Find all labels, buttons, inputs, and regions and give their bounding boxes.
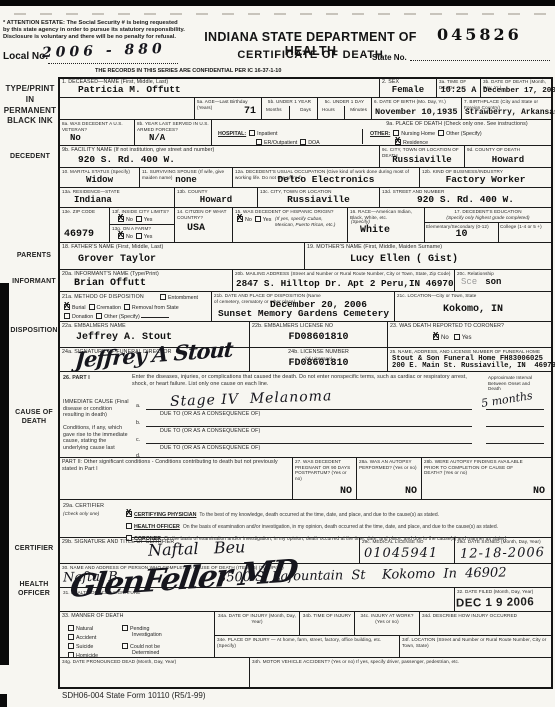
option-label: Investigation [132, 632, 162, 638]
field-disposition-location: 21c. LOCATION—City or Town, State Kokomo… [395, 292, 551, 321]
option-label: Yes [144, 234, 153, 240]
value: son [485, 277, 501, 287]
checkbox-other [96, 313, 102, 319]
options: XNo Yes [118, 216, 152, 223]
field-surviving-spouse: 11. SURVIVING SPOUSE (If wife, give maid… [140, 168, 233, 187]
field-reported-to-coroner: 23. WAS DEATH REPORTED TO CORONER? XNo Y… [388, 322, 551, 347]
field-injury-at-work: 34c. INJURY AT WORK? (Yes or no) [355, 612, 420, 635]
field-race: 16. RACE—American Indian, Black, White, … [348, 208, 425, 242]
label: 29d. DATE SIGNED (Month, Day, Year) [457, 539, 549, 545]
value: 2847 S. Hilltop Dr. Apt 2 Peru,IN 46970 [236, 278, 454, 289]
field-veteran: 8a. WAS DECEDENT A U.S. VETERAN? No [60, 120, 135, 145]
form-row: 13e. ZIP CODE 46979 13f. INSIDE CITY LIM… [60, 208, 551, 243]
value: Patricia M. Offutt [78, 84, 181, 95]
field-residence-state: 13a. RESIDENCE—STATE Indiana [60, 188, 175, 207]
line-letter: b. [136, 420, 141, 427]
value: Kokomo, IN [395, 304, 551, 315]
checkbox-cremation [89, 304, 95, 310]
field-manner-of-death: 33. MANNER OF DEATH Natural Accident Sui… [60, 612, 215, 657]
checkbox-other-specify [438, 130, 444, 136]
form-row: 18. FATHER'S NAME (First, Middle, Last) … [60, 243, 551, 270]
field-residence-street: 13d. STREET AND NUMBER 920 S. Rd. 400 W. [380, 188, 551, 207]
label: PART II: Other significant conditions - … [62, 459, 290, 472]
option-label: Accident [76, 635, 96, 641]
sidebar-parents: PARENTS [10, 251, 58, 260]
sidebar-certifier: CERTIFIER [10, 544, 58, 553]
injury-section: 34a. DATE OF INJURY (Month, Day, Year) 3… [215, 612, 551, 657]
field-place-of-death: 9a. PLACE OF DEATH (Check only one. See … [212, 120, 551, 145]
field-zip-code: 13e. ZIP CODE 46979 [60, 208, 110, 242]
checkbox-mark: X [433, 332, 438, 341]
value: Russiaville [380, 155, 464, 165]
instructions: Enter the diseases, injuries, or complic… [132, 374, 476, 387]
option-entombment: Entombment [160, 294, 198, 301]
label: 9d. COUNTY OF DEATH [467, 147, 549, 153]
field-date-pronounced-dead: 34g. DATE PRONOUNCED DEAD (Month, Day, Y… [60, 658, 250, 688]
option-label: No [126, 217, 133, 223]
residence-option: XResidence [395, 139, 428, 146]
form-row: 20a. INFORMANT'S NAME (Type/Print) Brian… [60, 270, 551, 292]
field-year-last-served: 8b. YEAR LAST SERVED IN U.S. ARMED FORCE… [135, 120, 212, 145]
field-citizen-of: 14. CITIZEN OF WHAT COUNTRY? USA [175, 208, 233, 242]
note: (Specify only highest grade completed) [425, 215, 551, 221]
field-date-signed: 29d. DATE SIGNED (Month, Day, Year) 12-1… [455, 538, 551, 563]
label: 21a. METHOD OF DISPOSITION [62, 294, 144, 301]
field-autopsy-findings: 28b. WERE AUTOPSY FINDINGS AVAILABLE PRI… [422, 458, 551, 499]
form-row: 29b. SIGNATURE AND TITLE OF CERTIFIER 29… [60, 538, 551, 564]
form-row: 33. MANNER OF DEATH Natural Accident Sui… [60, 612, 551, 658]
state-no-line [410, 60, 550, 61]
label: 5c. UNDER 1 DAY [320, 99, 369, 105]
form-row-cause-of-death: 26. PART I Enter the diseases, injuries,… [60, 372, 551, 458]
checkbox-mark: X [395, 137, 400, 146]
checkbox-mark: X [118, 214, 123, 223]
value: USA [187, 223, 205, 234]
sub-label: Months [266, 107, 282, 113]
option-label: Entombment [168, 295, 198, 301]
other-group: OTHER: Nursing Home Other (Specify) [370, 130, 482, 137]
certifier-signature-handwriting: Naftal Beu [148, 539, 246, 558]
label: 17. DECEDENT'S EDUCATION [425, 208, 551, 215]
divider [362, 129, 363, 144]
label: 28a. WAS AN AUTOPSY PERFORMED? (Yes or n… [359, 459, 419, 470]
value: Brian Offutt [74, 278, 146, 289]
blank-line [141, 313, 169, 318]
option-label: No [126, 234, 133, 240]
value: 71 [244, 106, 256, 117]
label: 15. WAS DECEDENT OF HISPANIC ORIGIN? [235, 209, 345, 215]
option-label: Other (Specify) [446, 131, 482, 137]
form-row: 21a. METHOD OF DISPOSITION Entombment XB… [60, 292, 551, 322]
options: XNo Yes [237, 216, 271, 223]
value: Russiaville [258, 194, 379, 205]
value: White [360, 225, 390, 236]
field-county-of-death: 9d. COUNTY OF DEATH Howard [465, 146, 551, 167]
form-row: 29a. CERTIFIER (Check only one) XCERTIFY… [60, 500, 551, 538]
cause-line-c [146, 443, 472, 444]
label: Approximate Interval Between Onset and D… [488, 375, 544, 392]
label: 32. DATE FILED (Month, Day, Year) [457, 589, 549, 595]
field-deceased-name: 1. DECEASED—NAME (First, Middle, Last) P… [60, 78, 380, 97]
field-residence-city: 13c. CITY, TOWN OR LOCATION Russiaville [258, 188, 380, 207]
option-label: Nursing Home [401, 131, 435, 137]
checkbox-accident [68, 634, 74, 640]
field-marital-status: 10. MARITAL STATUS (Specify) Widow [60, 168, 140, 187]
options: XNo Yes [118, 233, 152, 240]
value: 920 S. Rd. 400 W. [78, 154, 175, 165]
value: Strawberry, Arkansas [465, 109, 555, 117]
label: 23. WAS DEATH REPORTED TO CORONER? [390, 323, 549, 330]
date-signed-handwriting: 12-18-2006 [460, 546, 545, 560]
field-under-1-day: 5c. UNDER 1 DAY Hours Minutes [318, 98, 372, 119]
label: 20a. INFORMANT'S NAME (Type/Print) [62, 271, 230, 278]
value: NO [340, 486, 352, 497]
field-under-1-year: 5b. UNDER 1 YEAR Months Days [262, 98, 318, 119]
checkbox-inpatient [249, 130, 255, 136]
label: 13b. COUNTY [177, 189, 255, 195]
option-could-not-determine: Could not beDetermined [122, 643, 160, 656]
field-time-of-death: 3a. TIME OF DEATH 10:25 A [437, 78, 481, 97]
form-row: 8a. WAS DECEDENT A U.S. VETERAN? No 8b. … [60, 120, 551, 146]
option-label: No [245, 217, 252, 223]
attention-title: * ATTENTION ESTATE: [3, 20, 65, 26]
due-to-label: DUE TO (OR AS A CONSEQUENCE OF) [160, 428, 260, 435]
form-row: 34g. DATE PRONOUNCED DEAD (Month, Day, Y… [60, 658, 551, 688]
field-certifier-type: 29a. CERTIFIER (Check only one) XCERTIFY… [60, 500, 551, 537]
group-label: HOSPITAL: [218, 131, 246, 137]
checkbox-doa [300, 139, 306, 145]
field-hispanic-origin: 15. WAS DECEDENT OF HISPANIC ORIGIN? XNo… [233, 208, 348, 242]
field-informant-name: 20a. INFORMANT'S NAME (Type/Print) Brian… [60, 270, 233, 291]
hospital-group: HOSPITAL: Inpatient [218, 130, 277, 137]
sub-label: Hours [322, 107, 335, 113]
scan-artifact-left [0, 283, 9, 665]
field-college: College (1-4 or 5 +) [499, 223, 551, 242]
option-label: Removal from State [132, 305, 179, 311]
field-education: 17. DECEDENT'S EDUCATION (Specify only h… [425, 208, 551, 242]
option-label: Yes [144, 217, 153, 223]
checkbox-mark: X [118, 231, 123, 240]
option-label: Burial [72, 305, 86, 311]
immediate-cause-label: IMMEDIATE CAUSE (Final disease or condit… [63, 399, 129, 419]
options-line3: Donation Other (Specify) [64, 313, 169, 320]
label: 33. MANNER OF DEATH [62, 613, 212, 620]
checkbox-mark: X [64, 302, 69, 311]
checkbox-residence: X [395, 139, 401, 145]
field-autopsy-performed: 28a. WAS AN AUTOPSY PERFORMED? (Yes or n… [357, 458, 422, 499]
divider [289, 106, 290, 119]
scan-artifact-top [0, 0, 555, 6]
label: 34b. TIME OF INJURY [302, 613, 352, 619]
field-blank [60, 98, 195, 119]
sidebar-type-print: TYPE/PRINT IN PERMANENT BLACK INK [2, 84, 58, 127]
line-letter: c. [136, 437, 140, 444]
field-sex: 2. SEX Female [380, 78, 437, 97]
divider [344, 106, 345, 119]
state-no-label: State No. [372, 53, 407, 62]
label: 21c. LOCATION—City or Town, State [397, 293, 549, 299]
label: 22b. EMBALMERS LICENSE NO [252, 323, 385, 330]
serial-number: 045826 [437, 25, 522, 44]
field-funeral-home: 25. NAME, ADDRESS, AND LICENSE NUMBER OF… [388, 348, 551, 371]
value: 200 E. Main St. Russiaville, IN 46979 [392, 362, 555, 370]
form-row: 1. DECEASED—NAME (First, Middle, Last) P… [60, 78, 551, 98]
license-handwriting: 01045941 [364, 547, 438, 560]
label: 26. PART I [63, 375, 123, 382]
field-father-name: 18. FATHER'S NAME (First, Middle, Last) … [60, 243, 305, 269]
sub-label: Minutes [350, 107, 367, 113]
field-cause-part2: PART II: Other significant conditions - … [60, 458, 293, 499]
value: Grover Taylor [78, 254, 156, 265]
date-filed-stamp: DEC 1 9 2006 [456, 596, 534, 609]
option-label: Yes [263, 217, 272, 223]
field-place-of-injury: 34e. PLACE OF INJURY — At home, farm, st… [215, 636, 400, 657]
value: Factory Worker [420, 174, 551, 185]
form-row: 5a. AGE—Last Birthday (Years) 71 5b. UND… [60, 98, 551, 120]
label: 9a. PLACE OF DEATH (Check only one. See … [364, 121, 550, 128]
label: 34g. DATE PRONOUNCED DEAD (Month, Day, Y… [62, 659, 247, 665]
label: 8a. WAS DECEDENT A U.S. VETERAN? [62, 121, 132, 132]
label: 34c. INJURY AT WORK? (Yes or no) [357, 613, 417, 624]
value: Howard [465, 155, 551, 165]
field-funeral-director-license: 24b. LICENSE NUMBER (of Licensee) FD0860… [250, 348, 388, 371]
checkbox-yes [136, 233, 142, 239]
label: 29c. MEDICAL LICENSE NO [362, 539, 452, 545]
hospital-group-line2: ER/Outpatient DOA [256, 139, 320, 146]
field-elementary-secondary: Elementary/Secondary (0-12) 10 [425, 223, 499, 242]
checkbox-could-not-determine [122, 643, 128, 649]
option-label: No [441, 335, 449, 341]
checkbox-no: X [237, 216, 243, 222]
checkbox-yes [136, 216, 142, 222]
note: (If yes, specify Cuban, Mexican, Puerto … [275, 216, 343, 227]
checkbox-removal [124, 304, 130, 310]
checkbox-pending [122, 625, 128, 631]
value: Lucy Ellen ( Gist) [350, 254, 458, 265]
option-label: Yes [462, 335, 472, 341]
checkbox-entombment [160, 294, 166, 300]
sidebar-informant: INFORMANT [10, 277, 58, 286]
label: 34f. LOCATION (Street and Number or Rura… [402, 637, 549, 648]
note: (Specify) [351, 219, 370, 225]
value: Delco Electronics [233, 174, 419, 185]
checkbox-suicide [68, 643, 74, 649]
option-label: Determined [132, 650, 159, 656]
checkbox-natural [68, 625, 74, 631]
label: 27. WAS DECEDENT PREGNANT OR 90 DAYS POS… [295, 459, 354, 482]
label: 22a. EMBALMERS NAME [62, 323, 247, 330]
options-line2: XBurial Cremation Removal from State [64, 304, 179, 311]
label: 10. MARITAL STATUS (Specify) [62, 169, 137, 175]
label: 18. FATHER'S NAME (First, Middle, Last) [62, 244, 302, 251]
value: FD08601810 [250, 332, 387, 343]
value: 10 [425, 229, 498, 240]
label: 34h. MOTOR VEHICLE ACCIDENT? (Yes or no)… [252, 659, 549, 665]
field-inside-city-limits: 13f. INSIDE CITY LIMITS? XNo Yes [110, 208, 174, 225]
field-on-a-farm: 13g. ON A FARM? XNo Yes [110, 225, 174, 242]
sidebar-health-officer: HEALTH OFFICER [10, 580, 58, 599]
label: 19. MOTHER'S NAME (First, Middle, Maiden… [307, 244, 549, 251]
cause-line-b [146, 426, 472, 427]
sidebar-cause-of-death: CAUSE OF DEATH [10, 408, 58, 427]
field-business-industry: 12b. KIND OF BUSINESS/INDUSTRY Factory W… [420, 168, 551, 187]
field-date-of-injury: 34a. DATE OF INJURY (Month, Day, Year) [215, 612, 300, 635]
checkbox-er-outpatient [256, 139, 262, 145]
field-facility-name: 9b. FACILITY NAME (If not institution, g… [60, 146, 380, 167]
label: 24b. LICENSE NUMBER [252, 349, 385, 356]
option-accident: Accident [68, 634, 96, 641]
field-method-of-disposition: 21a. METHOD OF DISPOSITION Entombment XB… [60, 292, 212, 321]
label: 25. NAME, ADDRESS, AND LICENSE NUMBER OF… [390, 349, 549, 355]
field-pregnant: 27. WAS DECEDENT PREGNANT OR 90 DAYS POS… [293, 458, 357, 499]
value: 46979 [64, 229, 94, 240]
death-certificate-page: * ATTENTION ESTATE: The Social Security … [0, 0, 555, 707]
field-time-of-injury: 34b. TIME OF INJURY [300, 612, 355, 635]
field-usual-occupation: 12a. DECEDENT'S USUAL OCCUPATION (Give k… [233, 168, 420, 187]
field-date-place-of-disposition: 21b. DATE AND PLACE OF DISPOSITION (Name… [212, 292, 395, 321]
cause-a-handwriting: Stage IV Melanoma [170, 389, 333, 409]
scan-artifact-blob [0, 694, 7, 707]
faint-overtype: Sce [461, 277, 477, 287]
note: (Check only one) [63, 511, 118, 517]
field-city-limits-farm: 13f. INSIDE CITY LIMITS? XNo Yes 13g. ON… [110, 208, 175, 242]
options: XNo Yes [433, 334, 471, 341]
value: NO [533, 486, 545, 497]
injury-subrow-1: 34a. DATE OF INJURY (Month, Day, Year) 3… [215, 612, 551, 636]
option-label: Natural [76, 626, 93, 632]
field-date-of-birth: 6. DATE OF BIRTH (Mo. Day, Yr.) November… [372, 98, 462, 119]
value: Howard [175, 195, 257, 205]
label: 34a. DATE OF INJURY (Month, Day, Year) [217, 613, 297, 624]
field-date-of-death: 3b. DATE OF DEATH (Month, Day, Yr.) Dece… [481, 78, 551, 97]
label: 13a. RESIDENCE—STATE [62, 189, 172, 195]
interval-line-c [486, 443, 544, 444]
sidebar-disposition: DISPOSITION [10, 326, 58, 335]
checkbox-no: X [118, 233, 124, 239]
field-mother-name: 19. MOTHER'S NAME (First, Middle, Maiden… [305, 243, 551, 269]
sub-label: Days [300, 107, 311, 113]
checkbox-yes [454, 334, 460, 340]
field-date-filed: 32. DATE FILED (Month, Day, Year) DEC 1 … [455, 588, 551, 611]
label: 20b. MAILING ADDRESS (Street and Number … [235, 271, 452, 277]
value: Female [380, 85, 436, 95]
value: No [70, 133, 81, 143]
value: FD08601810 [250, 358, 387, 369]
form-row: 10. MARITAL STATUS (Specify) Widow 11. S… [60, 168, 551, 188]
option-pending: PendingInvestigation [122, 625, 162, 638]
label: 6. DATE OF BIRTH (Mo. Day, Yr.) [374, 99, 459, 105]
option-label: Donation [72, 314, 93, 320]
option-suicide: Suicide [68, 643, 93, 650]
injury-subrow-2: 34e. PLACE OF INJURY — At home, farm, st… [215, 636, 551, 657]
field-city-of-death: 9c. CITY, TOWN OR LOCATION OF DEATH Russ… [380, 146, 465, 167]
label: 28b. WERE AUTOPSY FINDINGS AVAILABLE PRI… [424, 459, 524, 476]
field-relationship: 20c. Relationship Sceson [455, 270, 551, 291]
value: Sunset Memory Gardens Cemetery [218, 308, 389, 319]
value: Widow [60, 175, 139, 185]
value: NO [405, 486, 417, 497]
field-cause-part1: 26. PART I Enter the diseases, injuries,… [60, 372, 480, 457]
scan-artifact-line [0, 13, 555, 15]
label: 29a. CERTIFIER [63, 503, 118, 510]
field-informant-address: 20b. MAILING ADDRESS (Street and Number … [233, 270, 455, 291]
form-row: 13a. RESIDENCE—STATE Indiana 13b. COUNTY… [60, 188, 551, 208]
cause-line-a [146, 409, 472, 410]
label: 13e. ZIP CODE [62, 209, 107, 215]
field-motor-vehicle-accident: 34h. MOTOR VEHICLE ACCIDENT? (Yes or no)… [250, 658, 551, 688]
option-label: Other (Specify) [104, 314, 140, 320]
conditions-label: Conditions, if any, which gave rise to t… [63, 425, 129, 451]
local-no-line [48, 63, 178, 64]
local-no-value: 2006 - 880 [42, 42, 166, 60]
value: December 17, 2006 [483, 87, 555, 95]
label: 34d. DESCRIBE HOW INJURY OCCURRED [422, 613, 549, 619]
option-label: Inpatient [257, 131, 277, 137]
option-natural: Natural [68, 625, 93, 632]
label: 8b. YEAR LAST SERVED IN U.S. ARMED FORCE… [137, 121, 209, 132]
value: Indiana [74, 195, 112, 205]
checkbox-no: X [118, 216, 124, 222]
field-how-injury-occurred: 34d. DESCRIBE HOW INJURY OCCURRED [420, 612, 551, 635]
interval-line-b [486, 426, 544, 427]
value: November 10,1935 [375, 107, 458, 117]
label: 14. CITIZEN OF WHAT COUNTRY? [177, 209, 230, 220]
checkbox-burial: X [64, 304, 70, 310]
sidebar-decedent: DECEDENT [2, 152, 58, 161]
checkbox-yes [255, 216, 261, 222]
line-letter: a. [136, 403, 141, 410]
label: 5b. UNDER 1 YEAR [264, 99, 315, 105]
option-label: Suicide [76, 644, 93, 650]
label: 34e. PLACE OF INJURY — At home, farm, st… [217, 637, 397, 648]
checkbox-no: X [433, 334, 439, 340]
due-to-label: DUE TO (OR AS A CONSEQUENCE OF) [160, 411, 260, 418]
attention-estate-note: * ATTENTION ESTATE: The Social Security … [3, 20, 186, 42]
checkbox-mark: X [237, 214, 242, 223]
label: College (1-4 or 5 +) [500, 224, 550, 230]
field-embalmer-license: 22b. EMBALMERS LICENSE NO FD08601810 [250, 322, 388, 347]
form-row: 9b. FACILITY NAME (If not institution, g… [60, 146, 551, 168]
interval-a-handwriting: 5 months [480, 390, 533, 409]
label: 9b. FACILITY NAME (If not institution, g… [62, 147, 377, 154]
field-residence-county: 13b. COUNTY Howard [175, 188, 258, 207]
field-age: 5a. AGE—Last Birthday (Years) 71 [195, 98, 262, 119]
group-label: OTHER: [370, 131, 390, 137]
value: N/A [149, 133, 165, 143]
value-group: Sceson [461, 271, 501, 289]
checkbox-donation [64, 313, 70, 319]
value: none [140, 175, 232, 185]
confidential-note: THE RECORDS IN THIS SERIES ARE CONFIDENT… [95, 68, 281, 74]
field-injury-location: 34f. LOCATION (Street and Number or Rura… [400, 636, 551, 657]
form-row: PART II: Other significant conditions - … [60, 458, 551, 500]
field-medical-license-no: 29c. MEDICAL LICENSE NO 01045941 [360, 538, 455, 563]
value: 10:25 A [437, 85, 480, 95]
field-interval: Approximate Interval Between Onset and D… [480, 372, 551, 457]
due-to-label: DUE TO (OR AS A CONSEQUENCE OF) [160, 445, 260, 452]
field-birthplace: 7. BIRTHPLACE (City and State or Foreign… [462, 98, 551, 119]
option-label: Cremation [97, 305, 121, 311]
education-subrow: Elementary/Secondary (0-12) 10 College (… [425, 222, 551, 242]
interval-line-a [486, 409, 544, 410]
value: 920 S. Rd. 400 W. [380, 194, 551, 205]
form-number: SDH06-004 State Form 10110 (R5/1-99) [62, 691, 205, 700]
